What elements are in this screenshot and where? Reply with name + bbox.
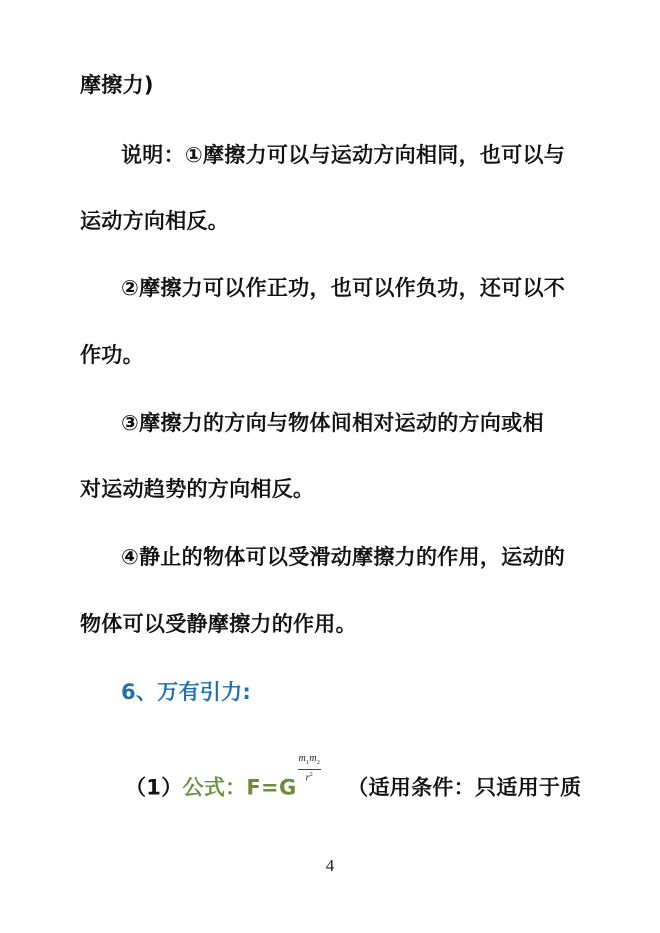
page-number: 4 bbox=[0, 856, 660, 876]
text-line: 摩擦力) bbox=[80, 70, 154, 100]
formula-line: （1）公式：F=Gm1m2r2（适用条件：只适用于质 bbox=[125, 753, 582, 802]
formula-prefix: （1） bbox=[125, 775, 183, 799]
fraction-numerator: m1m2 bbox=[298, 753, 322, 770]
document-page: 摩擦力) 说明：①摩擦力可以与运动方向相同，也可以与 运动方向相反。 ②摩擦力可… bbox=[0, 0, 660, 933]
text-line: ②摩擦力可以作正功，也可以作负功，还可以不 bbox=[121, 273, 565, 303]
text-line: ③摩擦力的方向与物体间相对运动的方向或相 bbox=[121, 408, 544, 438]
text-line: ④静止的物体可以受滑动摩擦力的作用，运动的 bbox=[121, 542, 565, 572]
formula-fraction: m1m2r2 bbox=[298, 753, 322, 783]
text-line: 运动方向相反。 bbox=[80, 206, 229, 236]
fraction-denominator: r2 bbox=[298, 770, 322, 783]
formula-label: 公式：F=G bbox=[183, 775, 297, 799]
formula-suffix: （适用条件：只适用于质 bbox=[347, 775, 581, 799]
text-line: 说明：①摩擦力可以与运动方向相同，也可以与 bbox=[121, 140, 565, 170]
section-heading: 6、万有引力: bbox=[121, 677, 251, 707]
text-line: 物体可以受静摩擦力的作用。 bbox=[80, 609, 357, 639]
text-line: 对运动趋势的方向相反。 bbox=[80, 474, 314, 504]
text-line: 作功。 bbox=[80, 340, 144, 370]
